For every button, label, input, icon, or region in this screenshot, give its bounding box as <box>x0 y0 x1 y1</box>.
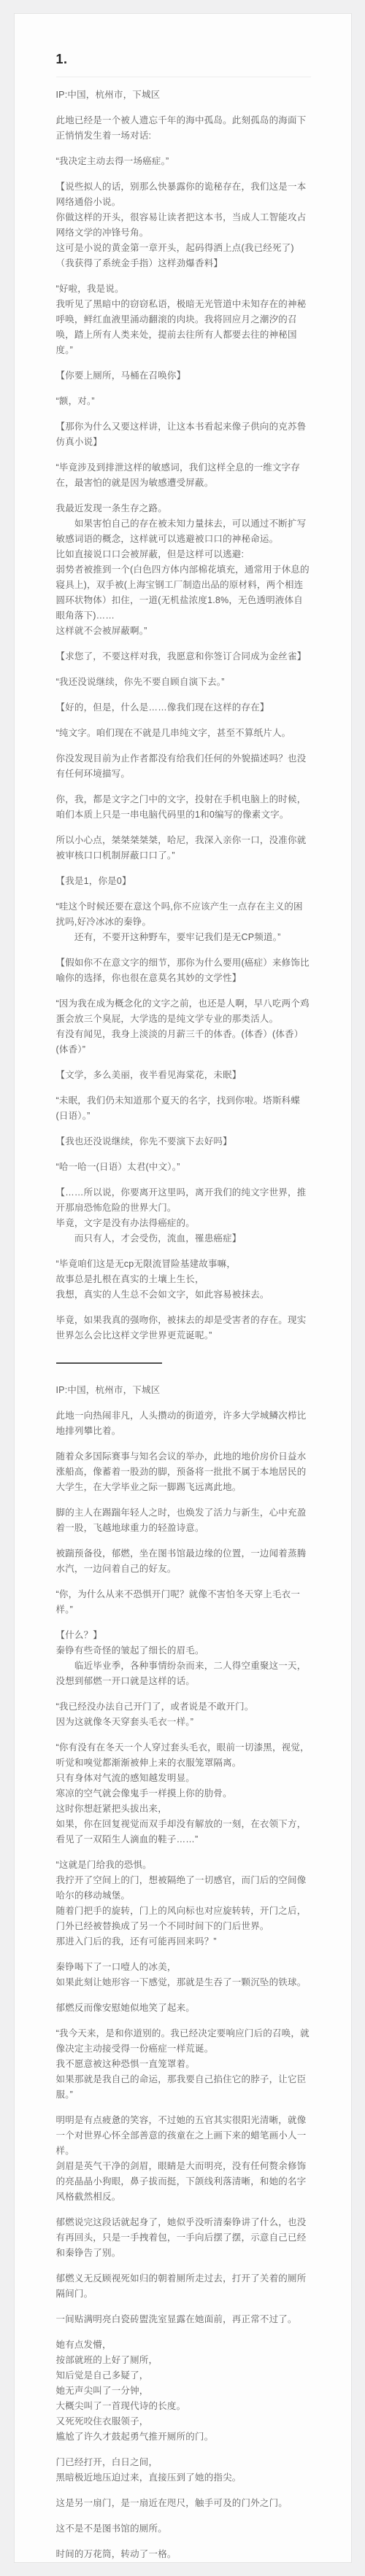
paragraph: “毕竟咱们这是无cp无限流冒险基建故事嘛，故事总是扎根在真实的土壤上生长，我想，… <box>56 1257 311 1303</box>
text-line: IP:中国，杭州市，下城区 <box>56 88 311 103</box>
text-line: 寒凉的空气就会像鬼手一样摸上你的肋骨。 <box>56 1786 311 1801</box>
text-line: 你没发现目前为止作者都没有给我们任何的外貌描述吗？也没有任何环境描写。 <box>56 751 311 782</box>
text-line: 脚的主人在踢踹年轻人之时，也焕发了活力与新生，心中充盈着一股，飞越地球重力的轻盈… <box>56 1505 311 1536</box>
paragraph: 【求您了，不要这样对我，我愿意和你签订合同成为金丝雀】 <box>56 649 311 664</box>
text-line: 被踹预备役，郁燃，坐在图书馆最边缘的位置，一边闻着蒸腾水汽，一边问着自己的好友。 <box>56 1546 311 1577</box>
text-line: 【什么？】 <box>56 1628 311 1643</box>
text-line: 知后觉是自己多疑了， <box>56 2368 311 2383</box>
text-line: 【……所以说，你要离开这里吗，离开我们的纯文字世界，推开那扇恐怖危险的世界大门。 <box>56 1185 311 1216</box>
text-line: 临近毕业季，各种事情纷杂而来，二人得空重聚这一天，没想到郁燃一开口就是这样的话。 <box>56 1659 311 1689</box>
paragraph: 脚的主人在踢踹年轻人之时，也焕发了活力与新生，心中充盈着一股，飞越地球重力的轻盈… <box>56 1505 311 1536</box>
text-line: 这不是不是图书馆的厕所。 <box>56 2521 311 2537</box>
text-line: 随着门把手的旋转，门上的风向标也对应旋转转，开门之后，门外已经被替换成了另一个不… <box>56 1904 311 1934</box>
paragraph: “哈一哈一(日语）太君(中文）。” <box>56 1160 311 1175</box>
text-line: 如果，你在回复视觉而双手却没有解放的一刻，在衣领下方，看见了一双陌生人滴血的鞋子… <box>56 1817 311 1847</box>
text-line: 我不愿意被这种恐惧一直笼罩着。 <box>56 2057 311 2072</box>
paragraph: 随着众多国际赛事与知名会议的举办，此地的地价房价日益水涨船高，像蓄着一股劲的脚，… <box>56 1449 311 1495</box>
paragraph: 【说些拟人的话，别那么快暴露你的诡秘存在，我们这是一本网络通俗小说。你做这样的开… <box>56 179 311 271</box>
paragraph: 被踹预备役，郁燃，坐在图书馆最边缘的位置，一边闻着蒸腾水汽，一边问着自己的好友。 <box>56 1546 311 1577</box>
paragraph: 【什么？】秦铮有些奇怪的皱起了细长的眉毛。 临近毕业季，各种事情纷杂而来，二人得… <box>56 1628 311 1689</box>
paragraph: 【你要上厕所，马桶在召唤你】 <box>56 368 311 384</box>
paragraph: 明明是有点疲惫的笑容，不过她的五官其实很阳光清晰，就像一个对世界心怀全部善意的孩… <box>56 2113 311 2205</box>
paragraph: 【好的，但是，什么是……像我们现在这样的存在】 <box>56 700 311 715</box>
text-line: “这就是门给我的恐惧。 <box>56 1858 311 1873</box>
text-line: 【求您了，不要这样对我，我愿意和你签订合同成为金丝雀】 <box>56 649 311 664</box>
text-line: 随着众多国际赛事与知名会议的举办，此地的地价房价日益水涨船高，像蓄着一股劲的脚，… <box>56 1449 311 1495</box>
text-line: 【我是1，你是0】 <box>56 874 311 889</box>
text-line: 明明是有点疲惫的笑容，不过她的五官其实很阳光清晰，就像一个对世界心怀全部善意的孩… <box>56 2113 311 2159</box>
text-line: IP:中国，杭州市，下城区 <box>56 1383 311 1398</box>
text-line: 只有身体对气流的感知越发明显。 <box>56 1771 311 1786</box>
text-line: 你做这样的开头，很容易让读者把这本书，当成人工智能攻占网络文学的冲锋号角。 <box>56 210 311 241</box>
paragraph: 【……所以说，你要离开这里吗，离开我们的纯文字世界，推开那扇恐怖危险的世界大门。… <box>56 1185 311 1246</box>
paragraph: 所以小心点，桀桀桀桀桀，哈尼，我深入亲你一口，没准你就被审核口口机制屏蔽口口了。… <box>56 833 311 864</box>
text-line: 故事总是扎根在真实的土壤上生长， <box>56 1272 311 1287</box>
text-line: 黑暗极近地压迫过来，直接压到了她的指尖。 <box>56 2470 311 2486</box>
text-line: “未眠，我们仍未知道那个夏天的名字，找到你啦。塔斯科蝶(日语）。” <box>56 1093 311 1124</box>
paragraph: 郁燃说完这段话就起身了，她似乎没听清秦铮讲了什么，也没有再回头，只是一手拽着包，… <box>56 2215 311 2261</box>
text-line: 按部就班的上好了厕所， <box>56 2353 311 2368</box>
paragraph: 【假如你不在意文字的细节，那你为什么要用(癌症）来修饰比喻你的选择，你也很在意莫… <box>56 955 311 986</box>
paragraph: “我已经没办法自己开门了，或者说是不敢开门。因为这就像冬天穿套头毛衣一样。” <box>56 1699 311 1730</box>
paragraph: “额，对。” <box>56 394 311 409</box>
text-line: “纯文字。咱们现在不就是几串纯文字，甚至不算纸片人。 <box>56 726 311 741</box>
paragraph: “我还没说继续，你先不要自顾自演下去。” <box>56 675 311 690</box>
paragraph: 时间的万花筒，转动了一格。 <box>56 2547 311 2562</box>
paragraph: “因为我在成为概念化的文字之前，也还是人啊，早八吃两个鸡蛋会放三个臭屁，大学选的… <box>56 996 311 1058</box>
text-line: 尴尬了许久才鼓起勇气推开厕所的门。 <box>56 2429 311 2445</box>
text-line: “我今天来，是和你道别的。我已经决定要响应门后的召唤，就像决定主动接受得一份癌症… <box>56 2026 311 2057</box>
paragraph: 你没发现目前为止作者都没有给我们任何的外貌描述吗？也没有任何环境描写。 <box>56 751 311 782</box>
text-line: 一间贴满明亮白瓷砖盥洗室显露在她面前，再正常不过了。 <box>56 2312 311 2327</box>
text-line: 这是另一扇门，是一扇近在咫尺，触手可及的门外之门。 <box>56 2496 311 2511</box>
text-line: 【好的，但是，什么是……像我们现在这样的存在】 <box>56 700 311 715</box>
text-line: 郁燃说完这段话就起身了，她似乎没听清秦铮讲了什么，也没有再回头，只是一手拽着包，… <box>56 2215 311 2261</box>
text-line: 我想，真实的人生总不会如文字，如此容易被抹去。 <box>56 1287 311 1303</box>
text-line: 【你要上厕所，马桶在召唤你】 <box>56 368 311 384</box>
text-line: 因为这就像冬天穿套头毛衣一样。” <box>56 1715 311 1730</box>
paragraph: “未眠，我们仍未知道那个夏天的名字，找到你啦。塔斯科蝶(日语）。” <box>56 1093 311 1124</box>
paragraph: 门已经打开，白日之间，黑暗极近地压迫过来，直接压到了她的指尖。 <box>56 2455 311 2486</box>
paragraph: “你，为什么从来不恐惧开门呢？就像不害怕冬天穿上毛衣一样。” <box>56 1587 311 1618</box>
text-line: 秦铮喝下了一口噎人的冰美， <box>56 1960 311 1975</box>
text-line: 秦铮有些奇怪的皱起了细长的眉毛。 <box>56 1643 311 1659</box>
paragraph: 【我是1，你是0】 <box>56 874 311 889</box>
text-line: 如果害怕自己的存在被未知力量抹去，可以通过不断扩写敏感词语的概念，这样就可以逃避… <box>56 516 311 547</box>
text-line: 还有，不要开这种野车，要牢记我们是无CP频道。” <box>56 930 311 945</box>
text-line: 比如直接说口口会被屏蔽，但是这样可以逃避: <box>56 547 311 562</box>
text-line: “我决定主动去得一场癌症。” <box>56 154 311 169</box>
paragraph: 我最近发现一条生存之路。 如果害怕自己的存在被未知力量抹去，可以通过不断扩写敏感… <box>56 501 311 639</box>
text-line: 而只有人，才会受伤，流血，罹患癌症】 <box>56 1231 311 1246</box>
paragraph: 毕竟，如果我真的强吻你，被抹去的却是受害者的存在。现实世界怎么会比这样文学世界更… <box>56 1313 311 1343</box>
content-card: 1. IP:中国，杭州市，下城区此地已经是一个被人遗忘千年的海中孤岛。此刻孤岛的… <box>14 13 352 2563</box>
text-line: 此地已经是一个被人遗忘千年的海中孤岛。此刻孤岛的海面下正悄悄发生着一场对话: <box>56 113 311 144</box>
text-line: “你有没有在冬天一个人穿过套头毛衣，眼前一切漆黑，视觉，听觉和嗅觉都渐渐被伸上来… <box>56 1740 311 1771</box>
text-line: 如果那就是我自己的命运，那我要自己掐住它的脖子，让它臣服。” <box>56 2072 311 2103</box>
text-line: 你，我，都是文字之门中的文字，投射在手机电脑上的时候，咱们本质上只是一串电脑代码… <box>56 792 311 823</box>
text-line: 我听见了黑暗中的窃窃私语，极暗无光管道中未知存在的神秘呼唤，鲜红血液里涌动翻滚的… <box>56 297 311 358</box>
text-line: 我拧开了空间上的门，想被隔绝了一切感官，而门后的空间像哈尔的移动城堡。 <box>56 1873 311 1904</box>
paragraph: 此地已经是一个被人遗忘千年的海中孤岛。此刻孤岛的海面下正悄悄发生着一场对话: <box>56 113 311 144</box>
section-divider <box>56 1362 162 1364</box>
paragraph: 郁燃反而像安慰她似地笑了起来。 <box>56 2001 311 2016</box>
text-line: 郁燃反而像安慰她似地笑了起来。 <box>56 2001 311 2016</box>
text-line: 【说些拟人的话，别那么快暴露你的诡秘存在，我们这是一本网络通俗小说。 <box>56 179 311 210</box>
paragraph: 一间贴满明亮白瓷砖盥洗室显露在她面前，再正常不过了。 <box>56 2312 311 2327</box>
text-line: “我还没说继续，你先不要自顾自演下去。” <box>56 675 311 690</box>
text-line: “你，为什么从来不恐惧开门呢？就像不害怕冬天穿上毛衣一样。” <box>56 1587 311 1618</box>
paragraph: 你，我，都是文字之门中的文字，投射在手机电脑上的时候，咱们本质上只是一串电脑代码… <box>56 792 311 823</box>
paragraph: 郁燃义无反顾视死如归的朝着厕所走过去，打开了关着的厕所隔间门。 <box>56 2271 311 2302</box>
text-line: 毕竟，如果我真的强吻你，被抹去的却是受害者的存在。现实世界怎么会比这样文学世界更… <box>56 1313 311 1343</box>
paragraph: IP:中国，杭州市，下城区 <box>56 1383 311 1398</box>
text-line: 【我也还没说继续，你先不要演下去好吗】 <box>56 1134 311 1149</box>
paragraph: IP:中国，杭州市，下城区 <box>56 88 311 103</box>
text-line: “我已经没办法自己开门了，或者说是不敢开门。 <box>56 1699 311 1715</box>
paragraph: “哇这个时候还要在意这个吗,你不应该产生一点存在主义的困扰吗,好冷冰冰的秦铮。 … <box>56 899 311 945</box>
text-line: 剑眉是英气干净的剑眉，眼睛是大而明亮，没有任何赘余修饰的亮晶晶小狗眼，鼻子拔而挺… <box>56 2159 311 2205</box>
text-line: 毕竟，文字是没有办法得癌症的。 <box>56 1216 311 1231</box>
paragraph: 【我也还没说继续，你先不要演下去好吗】 <box>56 1134 311 1149</box>
paragraph: 此地一向热闹非凡，人头攒动的街道旁，许多大学城鳞次栉比地排列攀比着。 <box>56 1408 311 1439</box>
text-line: “毕竟咱们这是无cp无限流冒险基建故事嘛， <box>56 1257 311 1272</box>
text-line: 那进入门后的我，还有可能再回来吗？” <box>56 1934 311 1950</box>
text-line: 时间的万花筒，转动了一格。 <box>56 2547 311 2562</box>
text-line: 我最近发现一条生存之路。 <box>56 501 311 516</box>
text-line: “额，对。” <box>56 394 311 409</box>
paragraph: 她有点发懵，按部就班的上好了厕所，知后觉是自己多疑了，她无声尖叫了一分钟，大概尖… <box>56 2338 311 2445</box>
text-line: 【假如你不在意文字的细节，那你为什么要用(癌症）来修饰比喻你的选择，你也很在意莫… <box>56 955 311 986</box>
paragraph: 【那你为什么又要这样讲，让这本书看起来像子供向的克苏鲁仿真小说】 <box>56 419 311 450</box>
text-line: 【文学，多么美丽，夜半看见海棠花，未眠】 <box>56 1068 311 1083</box>
text-line: 她无声尖叫了一分钟， <box>56 2383 311 2399</box>
text-line: 郁燃义无反顾视死如归的朝着厕所走过去，打开了关着的厕所隔间门。 <box>56 2271 311 2302</box>
text-line: 所以小心点，桀桀桀桀桀，哈尼，我深入亲你一口，没准你就被审核口口机制屏蔽口口了。… <box>56 833 311 864</box>
chapter-heading: 1. <box>56 50 311 68</box>
article-body: IP:中国，杭州市，下城区此地已经是一个被人遗忘千年的海中孤岛。此刻孤岛的海面下… <box>56 88 311 2562</box>
text-line: “因为我在成为概念化的文字之前，也还是人啊，早八吃两个鸡蛋会放三个臭屁，大学选的… <box>56 996 311 1027</box>
text-line: 这时你想赶紧把头拔出来， <box>56 1801 311 1817</box>
paragraph: 秦铮喝下了一口噎人的冰美，如果此刻让她形容一下感觉，那就是生吞了一颗沉坠的铁球。 <box>56 1960 311 1990</box>
text-line: 【那你为什么又要这样讲，让这本书看起来像子供向的克苏鲁仿真小说】 <box>56 419 311 450</box>
paragraph: “我今天来，是和你道别的。我已经决定要响应门后的召唤，就像决定主动接受得一份癌症… <box>56 2026 311 2103</box>
paragraph: 【文学，多么美丽，夜半看见海棠花，未眠】 <box>56 1068 311 1083</box>
text-line: 此地一向热闹非凡，人头攒动的街道旁，许多大学城鳞次栉比地排列攀比着。 <box>56 1408 311 1439</box>
text-line: 如果此刻让她形容一下感觉，那就是生吞了一颗沉坠的铁球。 <box>56 1975 311 1990</box>
text-line: “哈一哈一(日语）太君(中文）。” <box>56 1160 311 1175</box>
paragraph: “你有没有在冬天一个人穿过套头毛衣，眼前一切漆黑，视觉，听觉和嗅觉都渐渐被伸上来… <box>56 1740 311 1847</box>
text-line: 大概尖叫了一首现代诗的长度。 <box>56 2399 311 2414</box>
paragraph: “纯文字。咱们现在不就是几串纯文字，甚至不算纸片人。 <box>56 726 311 741</box>
text-line: 又死死咬住衣服领子， <box>56 2414 311 2429</box>
text-line: 她有点发懵， <box>56 2338 311 2353</box>
paragraph: “毕竟涉及到排泄这样的敏感词，我们这样全息的一维文字存在，最害怕的就是因为敏感遭… <box>56 460 311 491</box>
paragraph: 这不是不是图书馆的厕所。 <box>56 2521 311 2537</box>
text-line: “毕竟涉及到排泄这样的敏感词，我们这样全息的一维文字存在，最害怕的就是因为敏感遭… <box>56 460 311 491</box>
paragraph: “好啦，我是说。我听见了黑暗中的窃窃私语，极暗无光管道中未知存在的神秘呼唤，鲜红… <box>56 282 311 358</box>
paragraph: “这就是门给我的恐惧。我拧开了空间上的门，想被隔绝了一切感官，而门后的空间像哈尔… <box>56 1858 311 1950</box>
text-line: 弱势者被推到一个(白色四方体内部棉花填充，通常用于休息的寝具上)，双手被(上海宝… <box>56 562 311 624</box>
text-line: 这可是小说的黄金第一章开头，起码得洒上点(我已经死了)（我获得了系统金手指）这样… <box>56 241 311 271</box>
text-line: “好啦，我是说。 <box>56 282 311 297</box>
text-line: 有没有闻见，我身上淡淡的月薪三千的体香。(体香）(体香）(体香）” <box>56 1027 311 1058</box>
chapter-heading-rule <box>56 77 311 77</box>
text-line: 门已经打开，白日之间， <box>56 2455 311 2470</box>
paragraph: 这是另一扇门，是一扇近在咫尺，触手可及的门外之门。 <box>56 2496 311 2511</box>
paragraph: “我决定主动去得一场癌症。” <box>56 154 311 169</box>
text-line: 这样就不会被屏蔽啊。” <box>56 624 311 639</box>
text-line: “哇这个时候还要在意这个吗,你不应该产生一点存在主义的困扰吗,好冷冰冰的秦铮。 <box>56 899 311 930</box>
